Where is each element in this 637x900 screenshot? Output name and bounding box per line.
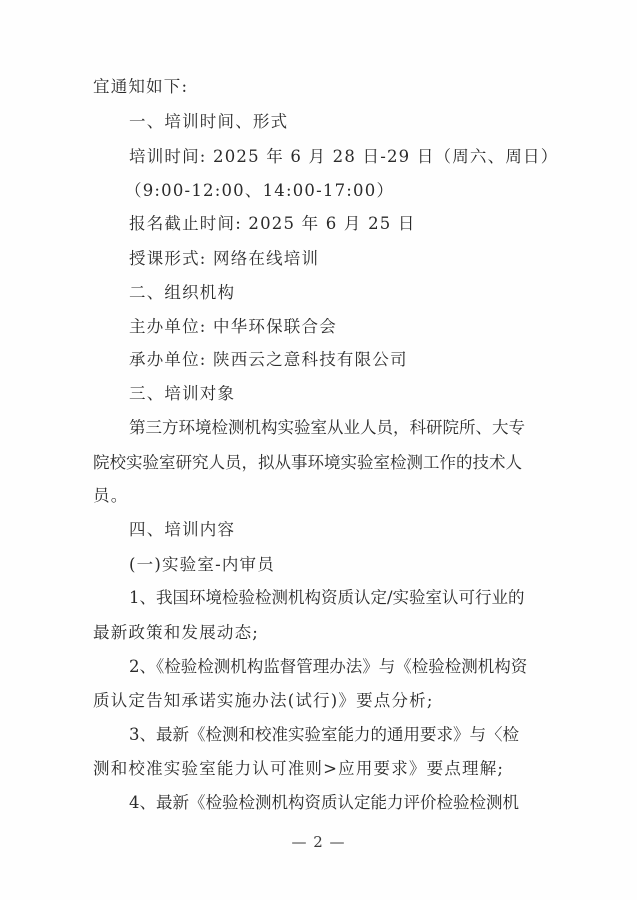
- document-page: 宜通知如下: 一、培训时间、形式 培训时间: 2025 年 6 月 28 日-2…: [0, 0, 637, 900]
- opening-line: 宜通知如下:: [93, 77, 188, 97]
- host-organization: 主办单位: 中华环保联合会: [129, 317, 337, 337]
- target-audience-line-3: 员。: [93, 486, 128, 506]
- training-time: 培训时间: 2025 年 6 月 28 日-29 日（周六、周日）: [129, 147, 558, 167]
- organizer-organization: 承办单位: 陕西云之意科技有限公司: [129, 350, 408, 370]
- content-item-1-line-2: 最新政策和发展动态;: [93, 623, 259, 643]
- content-item-1-line-1: 1、我国环境检验检测机构资质认定/实验室认可行业的: [129, 588, 508, 608]
- section-1-heading: 一、培训时间、形式: [129, 112, 288, 132]
- content-item-3-line-2: 测和校准实验室能力认可准则>应用要求》要点理解;: [93, 759, 504, 779]
- registration-deadline: 报名截止时间: 2025 年 6 月 25 日: [129, 214, 416, 234]
- teaching-format: 授课形式: 网络在线培训: [129, 249, 319, 269]
- section-3-heading: 三、培训对象: [129, 384, 235, 404]
- subsection-1-heading: (一)实验室-内审员: [129, 555, 275, 575]
- target-audience-line-2: 院校实验室研究人员，拟从事环境实验室检测工作的技术人: [93, 453, 509, 473]
- content-item-4-line-1: 4、最新《检验检测机构资质认定能力评价检验检测机: [129, 793, 508, 813]
- target-audience-line-1: 第三方环境检测机构实验室从业人员，科研院所、大专: [129, 418, 508, 438]
- page-number: — 2 —: [0, 833, 637, 851]
- content-item-3-line-1: 3、最新《检测和校准实验室能力的通用要求》与〈检: [129, 725, 508, 745]
- section-4-heading: 四、培训内容: [129, 520, 235, 540]
- training-hours: （9:00-12:00、14:00-17:00）: [125, 181, 394, 201]
- content-item-2-line-2: 质认定告知承诺实施办法(试行)》要点分析;: [93, 691, 434, 711]
- content-item-2-line-1: 2、《检验检测机构监督管理办法》与《检验检测机构资: [129, 657, 508, 677]
- section-2-heading: 二、组织机构: [129, 283, 235, 303]
